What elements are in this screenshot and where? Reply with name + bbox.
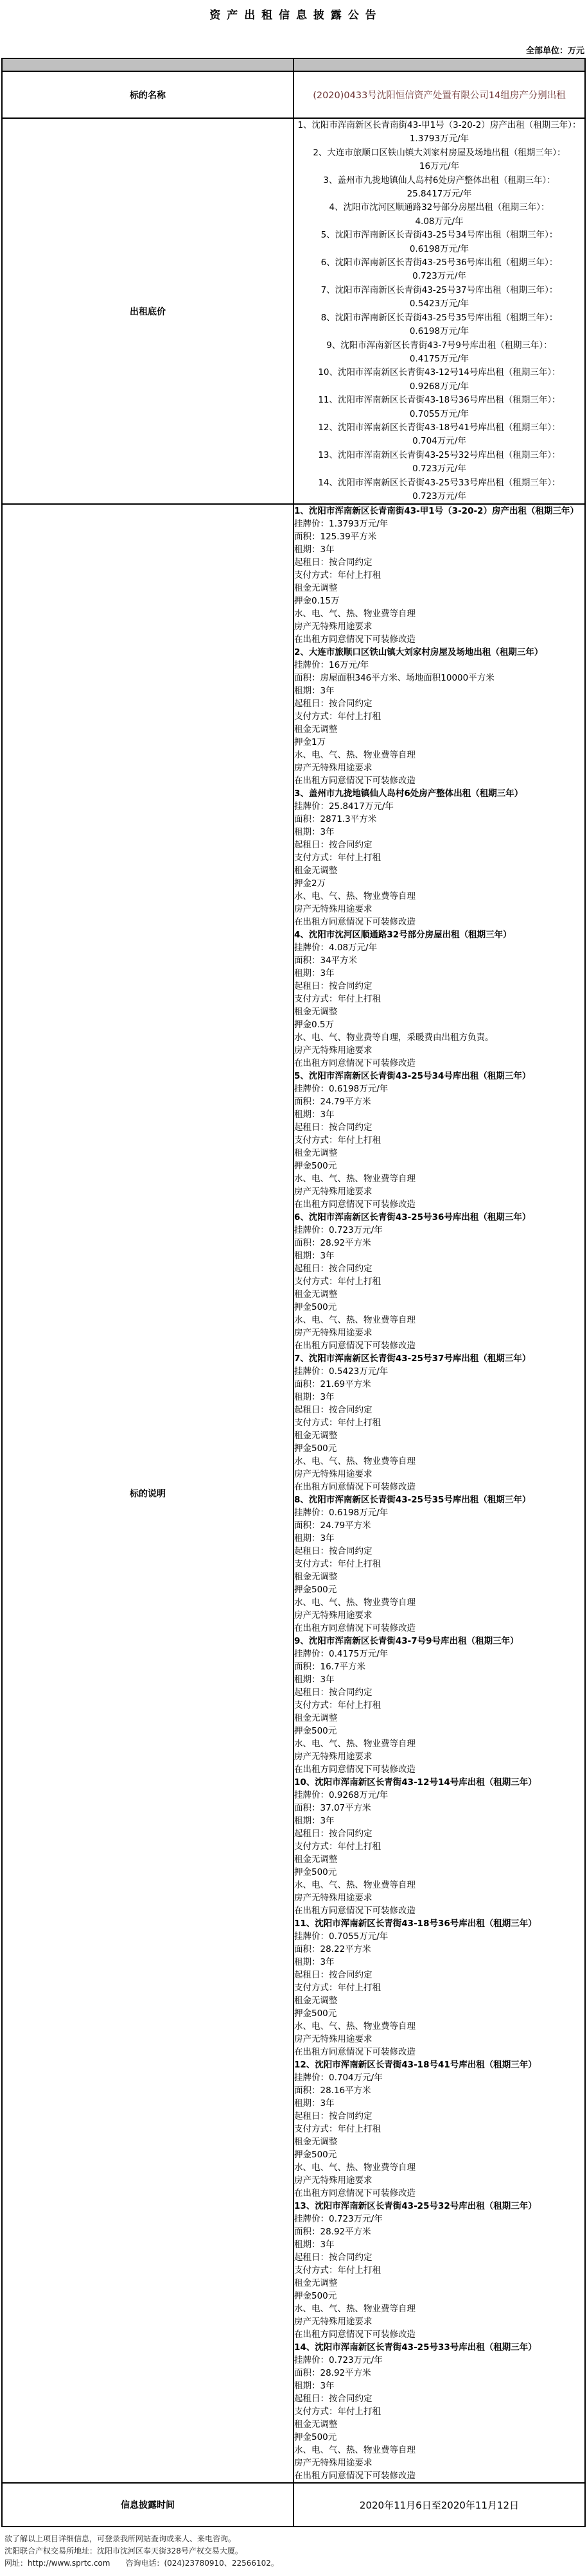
- table-header-label-cell: [2, 58, 293, 71]
- description-item-line: 租金无调整: [294, 1853, 584, 1866]
- disclosure-period-row: 信息披露时间 2020年11月6日至2020年11月12日: [2, 2483, 585, 2527]
- description-item-line: 租期：3年: [294, 1673, 584, 1686]
- description-item-line: 房产无特殊用途要求: [294, 2174, 584, 2187]
- description-item-line: 房产无特殊用途要求: [294, 1609, 584, 1622]
- description-item-line: 支付方式：年付上打租: [294, 569, 584, 582]
- description-item-line: 在出租方同意情况下可装修改造: [294, 1763, 584, 1776]
- description-item-line: 挂牌价：0.7055万元/年: [294, 1930, 584, 1943]
- description-label: 标的说明: [2, 504, 293, 2483]
- description-item: 13、沈阳市浑南新区长青街43-25号32号库出租（租期三年）挂牌价：0.723…: [294, 2200, 584, 2341]
- description-item-line: 押金2万: [294, 877, 584, 890]
- base-price-item-desc: 9、沈阳市浑南新区长青街43-7号9号库出租（租期三年）：: [294, 339, 584, 352]
- description-item-line: 押金500元: [294, 1442, 584, 1455]
- base-price-row: 出租底价 1、沈阳市浑南新区长青南街43-甲1号（3-20-2）房产出租（租期三…: [2, 118, 585, 504]
- description-item-line: 租期：3年: [294, 967, 584, 980]
- description-item: 3、盖州市九拢地镇仙人岛村6处房产整体出租（租期三年）挂牌价：25.8417万元…: [294, 787, 584, 928]
- base-price-item-price: 0.704万元/年: [294, 435, 584, 448]
- base-price-item-desc: 10、沈阳市浑南新区长青街43-12号14号库出租（租期三年）：: [294, 366, 584, 379]
- description-item-line: 水、电、气、热、物业费等自理: [294, 2161, 584, 2174]
- description-item-line: 面积：24.79平方米: [294, 1519, 584, 1532]
- description-item-title: 3、盖州市九拢地镇仙人岛村6处房产整体出租（租期三年）: [294, 787, 584, 800]
- description-item-line: 押金0.15万: [294, 595, 584, 607]
- description-item-line: 押金500元: [294, 2290, 584, 2302]
- description-item-line: 支付方式：年付上打租: [294, 1981, 584, 1994]
- description-item-line: 支付方式：年付上打租: [294, 851, 584, 864]
- description-item: 7、沈阳市浑南新区长青街43-25号37号库出租（租期三年）挂牌价：0.5423…: [294, 1352, 584, 1493]
- description-item-line: 挂牌价：0.4175万元/年: [294, 1648, 584, 1660]
- description-item-line: 房产无特殊用途要求: [294, 620, 584, 633]
- description-item-line: 挂牌价：0.704万元/年: [294, 2071, 584, 2084]
- description-item-line: 水、电、气、物业费等自理，采暖费由出租方负责。: [294, 1031, 584, 1044]
- base-price-item-desc: 14、沈阳市浑南新区长青街43-25号33号库出租（租期三年）：: [294, 476, 584, 490]
- subject-name-label: 标的名称: [2, 71, 293, 118]
- description-item-title: 8、沈阳市浑南新区长青街43-25号35号库出租（租期三年）: [294, 1493, 584, 1506]
- description-item-line: 押金500元: [294, 2007, 584, 2020]
- description-item-line: 起租日：按合同约定: [294, 839, 584, 851]
- description-item-line: 面积：28.92平方米: [294, 1237, 584, 1249]
- base-price-item-desc: 11、沈阳市浑南新区长青街43-18号36号库出租（租期三年）：: [294, 394, 584, 407]
- description-item-line: 面积：28.22平方米: [294, 1943, 584, 1956]
- description-item-line: 租期：3年: [294, 543, 584, 556]
- description-item-line: 租期：3年: [294, 1532, 584, 1545]
- base-price-item-price: 0.723万元/年: [294, 462, 584, 476]
- base-price-item-price: 25.8417万元/年: [294, 187, 584, 201]
- description-item-line: 租金无调整: [294, 1429, 584, 1442]
- description-item-line: 在出租方同意情况下可装修改造: [294, 2187, 584, 2200]
- description-item-line: 水、电、气、热、物业费等自理: [294, 2302, 584, 2315]
- description-item-line: 支付方式：年付上打租: [294, 2123, 584, 2136]
- description-item-line: 房产无特殊用途要求: [294, 2033, 584, 2046]
- table-header-value-cell: [293, 58, 585, 71]
- description-item: 10、沈阳市浑南新区长青街43-12号14号库出租（租期三年）挂牌价：0.926…: [294, 1776, 584, 1917]
- description-item-line: 挂牌价：25.8417万元/年: [294, 800, 584, 813]
- description-item-line: 支付方式：年付上打租: [294, 2264, 584, 2277]
- description-item-line: 租金无调整: [294, 1994, 584, 2007]
- base-price-item-desc: 4、沈阳市沈河区顺通路32号部分房屋出租（租期三年）：: [294, 201, 584, 214]
- description-list: 1、沈阳市浑南新区长青南街43-甲1号（3-20-2）房产出租（租期三年）挂牌价…: [293, 504, 585, 2483]
- description-item-line: 在出租方同意情况下可装修改造: [294, 1622, 584, 1635]
- description-item-line: 房产无特殊用途要求: [294, 1750, 584, 1763]
- description-item-line: 起租日：按合同约定: [294, 980, 584, 993]
- description-item-line: 面积：2871.3平方米: [294, 813, 584, 826]
- description-item-title: 10、沈阳市浑南新区长青街43-12号14号库出租（租期三年）: [294, 1776, 584, 1789]
- description-item-line: 租金无调整: [294, 2136, 584, 2148]
- description-item-line: 挂牌价：4.08万元/年: [294, 941, 584, 954]
- description-item: 2、大连市旅顺口区铁山镇大刘家村房屋及场地出租（租期三年）挂牌价：16万元/年面…: [294, 646, 584, 787]
- description-item-line: 租期：3年: [294, 1391, 584, 1404]
- description-item-line: 押金1万: [294, 736, 584, 749]
- description-item-title: 14、沈阳市浑南新区长青街43-25号33号库出租（租期三年）: [294, 2341, 584, 2354]
- base-price-item-desc: 3、盖州市九拢地镇仙人岛村6处房产整体出租（租期三年）：: [294, 174, 584, 187]
- base-price-item-desc: 1、沈阳市浑南新区长青南街43-甲1号（3-20-2）房产出租（租期三年）：: [294, 119, 584, 132]
- base-price-item-price: 1.3793万元/年: [294, 132, 584, 146]
- description-item-line: 房产无特殊用途要求: [294, 1327, 584, 1339]
- base-price-item-desc: 13、沈阳市浑南新区长青街43-25号32号库出租（租期三年）：: [294, 449, 584, 462]
- description-item-line: 起租日：按合同约定: [294, 1545, 584, 1558]
- description-item-line: 挂牌价：0.9268万元/年: [294, 1789, 584, 1802]
- description-item-line: 房产无特殊用途要求: [294, 1892, 584, 1904]
- description-item-line: 租期：3年: [294, 1956, 584, 1969]
- footer: 欲了解以上项目详细信息，可登录我所网站查询或来人、来电咨询。沈阳联合产权交易所地…: [4, 2533, 587, 2570]
- description-item-line: 起租日：按合同约定: [294, 1969, 584, 1981]
- base-price-list: 1、沈阳市浑南新区长青南街43-甲1号（3-20-2）房产出租（租期三年）：1.…: [293, 118, 585, 504]
- description-item-line: 支付方式：年付上打租: [294, 1840, 584, 1853]
- description-item-line: 房产无特殊用途要求: [294, 1185, 584, 1198]
- subject-name-row: 标的名称 (2020)0433号沈阳恒信资产处置有限公司14组房产分别出租: [2, 71, 585, 118]
- description-item-line: 在出租方同意情况下可装修改造: [294, 633, 584, 646]
- description-item-line: 水、电、气、热、物业费等自理: [294, 749, 584, 761]
- description-item-line: 起租日：按合同约定: [294, 2110, 584, 2123]
- description-item-line: 面积：125.39平方米: [294, 530, 584, 543]
- footer-line: 网址：http://www.sprtc.com 咨询电话：(024)237809…: [4, 2557, 587, 2570]
- description-item-line: 水、电、气、热、物业费等自理: [294, 1314, 584, 1327]
- description-item-line: 面积：24.79平方米: [294, 1095, 584, 1108]
- description-item-title: 6、沈阳市浑南新区长青街43-25号36号库出租（租期三年）: [294, 1211, 584, 1224]
- description-item-line: 押金500元: [294, 1301, 584, 1314]
- description-item: 14、沈阳市浑南新区长青街43-25号33号库出租（租期三年）挂牌价：0.723…: [294, 2341, 584, 2482]
- unit-note: 全部单位：万元: [0, 44, 584, 56]
- base-price-item-desc: 5、沈阳市浑南新区长青街43-25号34号库出租（租期三年）：: [294, 229, 584, 242]
- description-item-line: 租金无调整: [294, 1712, 584, 1725]
- description-item-line: 租期：3年: [294, 2238, 584, 2251]
- description-item-line: 挂牌价：0.5423万元/年: [294, 1365, 584, 1378]
- description-item-line: 押金0.5万: [294, 1018, 584, 1031]
- description-item: 8、沈阳市浑南新区长青街43-25号35号库出租（租期三年）挂牌价：0.6198…: [294, 1493, 584, 1635]
- base-price-item-price: 0.7055万元/年: [294, 408, 584, 421]
- description-item-line: 挂牌价：0.723万元/年: [294, 1224, 584, 1237]
- description-item: 9、沈阳市浑南新区长青街43-7号9号库出租（租期三年）挂牌价：0.4175万元…: [294, 1635, 584, 1776]
- description-item-title: 7、沈阳市浑南新区长青街43-25号37号库出租（租期三年）: [294, 1352, 584, 1365]
- base-price-item-price: 0.6198万元/年: [294, 325, 584, 338]
- description-item-line: 押金500元: [294, 2148, 584, 2161]
- description-item-line: 挂牌价：0.6198万元/年: [294, 1506, 584, 1519]
- description-item-line: 房产无特殊用途要求: [294, 903, 584, 916]
- description-item-line: 房产无特殊用途要求: [294, 1468, 584, 1481]
- description-item-line: 水、电、气、热、物业费等自理: [294, 2444, 584, 2457]
- description-item-title: 11、沈阳市浑南新区长青街43-18号36号库出租（租期三年）: [294, 1917, 584, 1930]
- description-item-line: 租金无调整: [294, 723, 584, 736]
- description-item-line: 水、电、气、热、物业费等自理: [294, 1737, 584, 1750]
- description-item-line: 水、电、气、热、物业费等自理: [294, 890, 584, 903]
- description-row: 标的说明 1、沈阳市浑南新区长青南街43-甲1号（3-20-2）房产出租（租期三…: [2, 504, 585, 2483]
- description-item-line: 支付方式：年付上打租: [294, 1134, 584, 1147]
- description-item-line: 在出租方同意情况下可装修改造: [294, 1904, 584, 1917]
- description-item-title: 2、大连市旅顺口区铁山镇大刘家村房屋及场地出租（租期三年）: [294, 646, 584, 659]
- table-header-row: [2, 58, 585, 71]
- description-item-line: 挂牌价：0.723万元/年: [294, 2213, 584, 2225]
- description-item: 4、沈阳市沈河区顺通路32号部分房屋出租（租期三年）挂牌价：4.08万元/年面积…: [294, 928, 584, 1070]
- description-item-line: 水、电、气、热、物业费等自理: [294, 1455, 584, 1468]
- description-item-line: 起租日：按合同约定: [294, 697, 584, 710]
- footer-line: 欲了解以上项目详细信息，可登录我所网站查询或来人、来电咨询。: [4, 2533, 587, 2545]
- description-item-line: 在出租方同意情况下可装修改造: [294, 774, 584, 787]
- description-item-line: 在出租方同意情况下可装修改造: [294, 1339, 584, 1352]
- description-item-line: 租金无调整: [294, 1147, 584, 1160]
- base-price-item-price: 0.4175万元/年: [294, 352, 584, 366]
- description-item: 5、沈阳市浑南新区长青街43-25号34号库出租（租期三年）挂牌价：0.6198…: [294, 1070, 584, 1211]
- description-item-line: 支付方式：年付上打租: [294, 993, 584, 1005]
- description-item-title: 12、沈阳市浑南新区长青街43-18号41号库出租（租期三年）: [294, 2058, 584, 2071]
- description-item-line: 水、电、气、热、物业费等自理: [294, 1172, 584, 1185]
- description-item-line: 房产无特殊用途要求: [294, 1044, 584, 1057]
- page-title: 资 产 出 租 信 息 披 露 公 告: [0, 0, 587, 22]
- description-item: 6、沈阳市浑南新区长青街43-25号36号库出租（租期三年）挂牌价：0.723万…: [294, 1211, 584, 1352]
- description-item-line: 租金无调整: [294, 864, 584, 877]
- description-item-line: 面积：28.16平方米: [294, 2084, 584, 2097]
- description-item-title: 13、沈阳市浑南新区长青街43-25号32号库出租（租期三年）: [294, 2200, 584, 2213]
- description-item-line: 水、电、气、热、物业费等自理: [294, 607, 584, 620]
- base-price-item-desc: 6、沈阳市浑南新区长青街43-25号36号库出租（租期三年）：: [294, 256, 584, 270]
- description-item-line: 租期：3年: [294, 1108, 584, 1121]
- description-item-line: 在出租方同意情况下可装修改造: [294, 2328, 584, 2341]
- description-item-line: 租期：3年: [294, 1815, 584, 1827]
- disclosure-period-label: 信息披露时间: [2, 2483, 293, 2527]
- description-item-line: 租期：3年: [294, 684, 584, 697]
- description-item-line: 在出租方同意情况下可装修改造: [294, 916, 584, 928]
- description-item-line: 水、电、气、热、物业费等自理: [294, 2020, 584, 2033]
- description-item-line: 房产无特殊用途要求: [294, 2457, 584, 2469]
- description-item-line: 押金500元: [294, 1866, 584, 1879]
- description-item-line: 支付方式：年付上打租: [294, 1699, 584, 1712]
- description-item-line: 租金无调整: [294, 582, 584, 595]
- description-item-line: 在出租方同意情况下可装修改造: [294, 2469, 584, 2482]
- base-price-item-price: 0.5423万元/年: [294, 297, 584, 311]
- description-item-line: 押金500元: [294, 1583, 584, 1596]
- page: { "header": { "title": "资 产 出 租 信 息 披 露 …: [0, 0, 587, 2576]
- description-item-line: 挂牌价：1.3793万元/年: [294, 518, 584, 530]
- description-item: 1、沈阳市浑南新区长青南街43-甲1号（3-20-2）房产出租（租期三年）挂牌价…: [294, 505, 584, 646]
- description-item-line: 水、电、气、热、物业费等自理: [294, 1596, 584, 1609]
- description-item-line: 租金无调整: [294, 2418, 584, 2431]
- description-item-line: 水、电、气、热、物业费等自理: [294, 1879, 584, 1892]
- description-item-line: 租期：3年: [294, 1249, 584, 1262]
- description-item-line: 租金无调整: [294, 1005, 584, 1018]
- base-price-item-price: 0.9268万元/年: [294, 380, 584, 394]
- description-item-line: 租期：3年: [294, 826, 584, 839]
- description-item-line: 挂牌价：0.6198万元/年: [294, 1083, 584, 1095]
- description-item-line: 在出租方同意情况下可装修改造: [294, 1481, 584, 1493]
- description-item: 11、沈阳市浑南新区长青街43-18号36号库出租（租期三年）挂牌价：0.705…: [294, 1917, 584, 2058]
- base-price-item-price: 4.08万元/年: [294, 215, 584, 229]
- description-item-line: 支付方式：年付上打租: [294, 1275, 584, 1288]
- base-price-item-desc: 12、沈阳市浑南新区长青街43-18号41号库出租（租期三年）：: [294, 421, 584, 435]
- description-item-line: 起租日：按合同约定: [294, 1404, 584, 1416]
- description-item-line: 押金500元: [294, 1725, 584, 1737]
- description-item-line: 挂牌价：16万元/年: [294, 659, 584, 672]
- description-item-line: 支付方式：年付上打租: [294, 2405, 584, 2418]
- description-item-line: 押金500元: [294, 2431, 584, 2444]
- base-price-item-price: 0.6198万元/年: [294, 243, 584, 256]
- description-item-line: 面积：16.7平方米: [294, 1660, 584, 1673]
- description-item-line: 租金无调整: [294, 1571, 584, 1583]
- disclosure-table: 标的名称 (2020)0433号沈阳恒信资产处置有限公司14组房产分别出租 出租…: [1, 58, 586, 2527]
- description-item-line: 面积：28.92平方米: [294, 2367, 584, 2380]
- description-item-line: 起租日：按合同约定: [294, 1121, 584, 1134]
- description-item-line: 在出租方同意情况下可装修改造: [294, 1198, 584, 1211]
- description-item-line: 在出租方同意情况下可装修改造: [294, 1057, 584, 1070]
- description-item-line: 租金无调整: [294, 1288, 584, 1301]
- base-price-item-desc: 7、沈阳市浑南新区长青街43-25号37号库出租（租期三年）：: [294, 284, 584, 297]
- description-item-line: 在出租方同意情况下可装修改造: [294, 2046, 584, 2058]
- description-item-line: 起租日：按合同约定: [294, 1262, 584, 1275]
- description-item-line: 租期：3年: [294, 2097, 584, 2110]
- description-item-line: 面积：37.07平方米: [294, 1802, 584, 1815]
- base-price-item-price: 0.723万元/年: [294, 490, 584, 503]
- description-item-line: 房产无特殊用途要求: [294, 761, 584, 774]
- description-item-line: 面积：28.92平方米: [294, 2225, 584, 2238]
- description-item-line: 起租日：按合同约定: [294, 2392, 584, 2405]
- footer-line: 沈阳联合产权交易所地址：沈阳市沈河区奉天街328号产权交易大厦。: [4, 2545, 587, 2557]
- description-item-line: 面积：34平方米: [294, 954, 584, 967]
- description-item-line: 支付方式：年付上打租: [294, 710, 584, 723]
- description-item-line: 起租日：按合同约定: [294, 556, 584, 569]
- base-price-label: 出租底价: [2, 118, 293, 504]
- description-item-line: 面积：房屋面积346平方米、场地面积10000平方米: [294, 672, 584, 684]
- description-item-title: 1、沈阳市浑南新区长青南街43-甲1号（3-20-2）房产出租（租期三年）: [294, 505, 584, 518]
- description-item-line: 挂牌价：0.723万元/年: [294, 2354, 584, 2367]
- description-item-title: 4、沈阳市沈河区顺通路32号部分房屋出租（租期三年）: [294, 928, 584, 941]
- description-item-line: 租期：3年: [294, 2380, 584, 2392]
- description-item-line: 起租日：按合同约定: [294, 2251, 584, 2264]
- description-item-title: 9、沈阳市浑南新区长青街43-7号9号库出租（租期三年）: [294, 1635, 584, 1648]
- subject-name-value: (2020)0433号沈阳恒信资产处置有限公司14组房产分别出租: [293, 71, 585, 118]
- description-item-line: 押金500元: [294, 1160, 584, 1172]
- disclosure-period-value: 2020年11月6日至2020年11月12日: [293, 2483, 585, 2527]
- description-item-line: 起租日：按合同约定: [294, 1827, 584, 1840]
- description-item-line: 租金无调整: [294, 2277, 584, 2290]
- description-item-title: 5、沈阳市浑南新区长青街43-25号34号库出租（租期三年）: [294, 1070, 584, 1083]
- description-item-line: 起租日：按合同约定: [294, 1686, 584, 1699]
- base-price-item-desc: 8、沈阳市浑南新区长青街43-25号35号库出租（租期三年）：: [294, 311, 584, 325]
- description-item-line: 支付方式：年付上打租: [294, 1558, 584, 1571]
- base-price-item-price: 0.723万元/年: [294, 270, 584, 283]
- description-item-line: 房产无特殊用途要求: [294, 2315, 584, 2328]
- description-item-line: 支付方式：年付上打租: [294, 1416, 584, 1429]
- base-price-item-price: 16万元/年: [294, 160, 584, 173]
- base-price-item-desc: 2、大连市旅顺口区铁山镇大刘家村房屋及场地出租（租期三年）：: [294, 146, 584, 160]
- description-item-line: 面积：21.69平方米: [294, 1378, 584, 1391]
- description-item: 12、沈阳市浑南新区长青街43-18号41号库出租（租期三年）挂牌价：0.704…: [294, 2058, 584, 2200]
